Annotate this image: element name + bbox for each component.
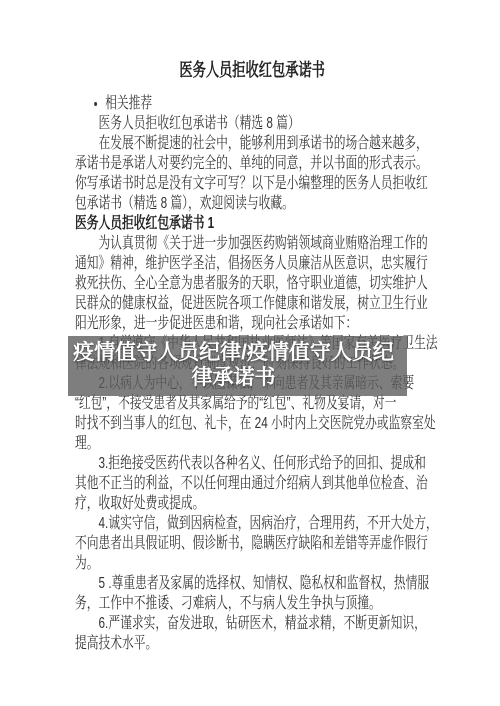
body-line: 阳光形象，进一步促进医患和谐，现向社会承诺如下：	[75, 314, 429, 334]
body-line: 包承诺书（精选 8 篇），欢迎阅读与收藏。	[75, 194, 429, 214]
body-line: 其他不正当的利益，不以任何理由通过介绍病人到其他单位检查、治	[75, 474, 429, 494]
body-line: 民群众的健康权益，促进医院各项工作健康和谐发展，树立卫生行业	[75, 294, 429, 314]
doc-title: 医务人员拒收红包承诺书	[75, 58, 429, 82]
body-line: 医务人员拒收红包承诺书（精选 8 篇）	[75, 114, 429, 134]
body-line: “红包”，不接受患者及其家属给予的“红包”、礼物及宴请，对一	[75, 394, 429, 414]
overlay-title: 疫情值守人员纪律/疫情值守人员纪律承诺书	[73, 341, 394, 389]
body-line: 理。	[75, 434, 429, 454]
body-line: 为认真贯彻《关于进一步加强医药购销领域商业贿赂治理工作的	[75, 234, 429, 254]
body-line: 4.诚实守信，做到因病检查，因病治疗，合理用药，不开大处方，	[75, 514, 429, 534]
body-line: 救死扶伤、全心全意为患者服务的天职，恪守职业道德，切实维护人	[75, 274, 429, 294]
related-list: 相关推荐	[75, 94, 429, 114]
document-page: { "page": { "width": 500, "height": 706,…	[0, 0, 500, 706]
body-line: 不向患者出具假证明、假诊断书，隐瞒医疗缺陷和差错等弄虚作假行	[75, 534, 429, 554]
body-line: 6.严谨求实，奋发进取，钻研医术，精益求精，不断更新知识，	[75, 614, 429, 634]
body-line: 务，工作中不推诿、刁难病人，不与病人发生争执与顶撞。	[75, 594, 429, 614]
body-line: 为。	[75, 554, 429, 574]
body-line: 你写承诺书时总是没有文字可写？以下是小编整理的医务人员拒收红	[75, 174, 429, 194]
body-line: 疗，收取好处费或提成。	[75, 494, 429, 514]
body-line: 提高技术水平。	[75, 634, 429, 654]
overlay-banner: 疫情值守人员纪律/疫情值守人员纪律承诺书	[68, 336, 407, 396]
related-recommend-item: 相关推荐	[105, 94, 429, 114]
body-line: 时找不到当事人的红包、礼卡，在 24 小时内上交医院党办或监察室处	[75, 414, 429, 434]
body-line: 通知》精神，维护医学圣洁，倡扬医务人员廉洁从医意识，忠实履行	[75, 254, 429, 274]
body-line: 5 .尊重患者及家属的选择权、知情权、隐私权和监督权，热情服	[75, 574, 429, 594]
body-line: 3.拒绝接受医药代表以各种名义、任何形式给予的回扣、提成和	[75, 454, 429, 474]
body-line: 承诺书是承诺人对要约完全的、单纯的同意，并以书面的形式表示。	[75, 154, 429, 174]
body-line: 在发展不断提速的社会中，能够利用到承诺书的场合越来越多，	[75, 134, 429, 154]
body-line: 医务人员拒收红包承诺书 1	[75, 214, 429, 234]
